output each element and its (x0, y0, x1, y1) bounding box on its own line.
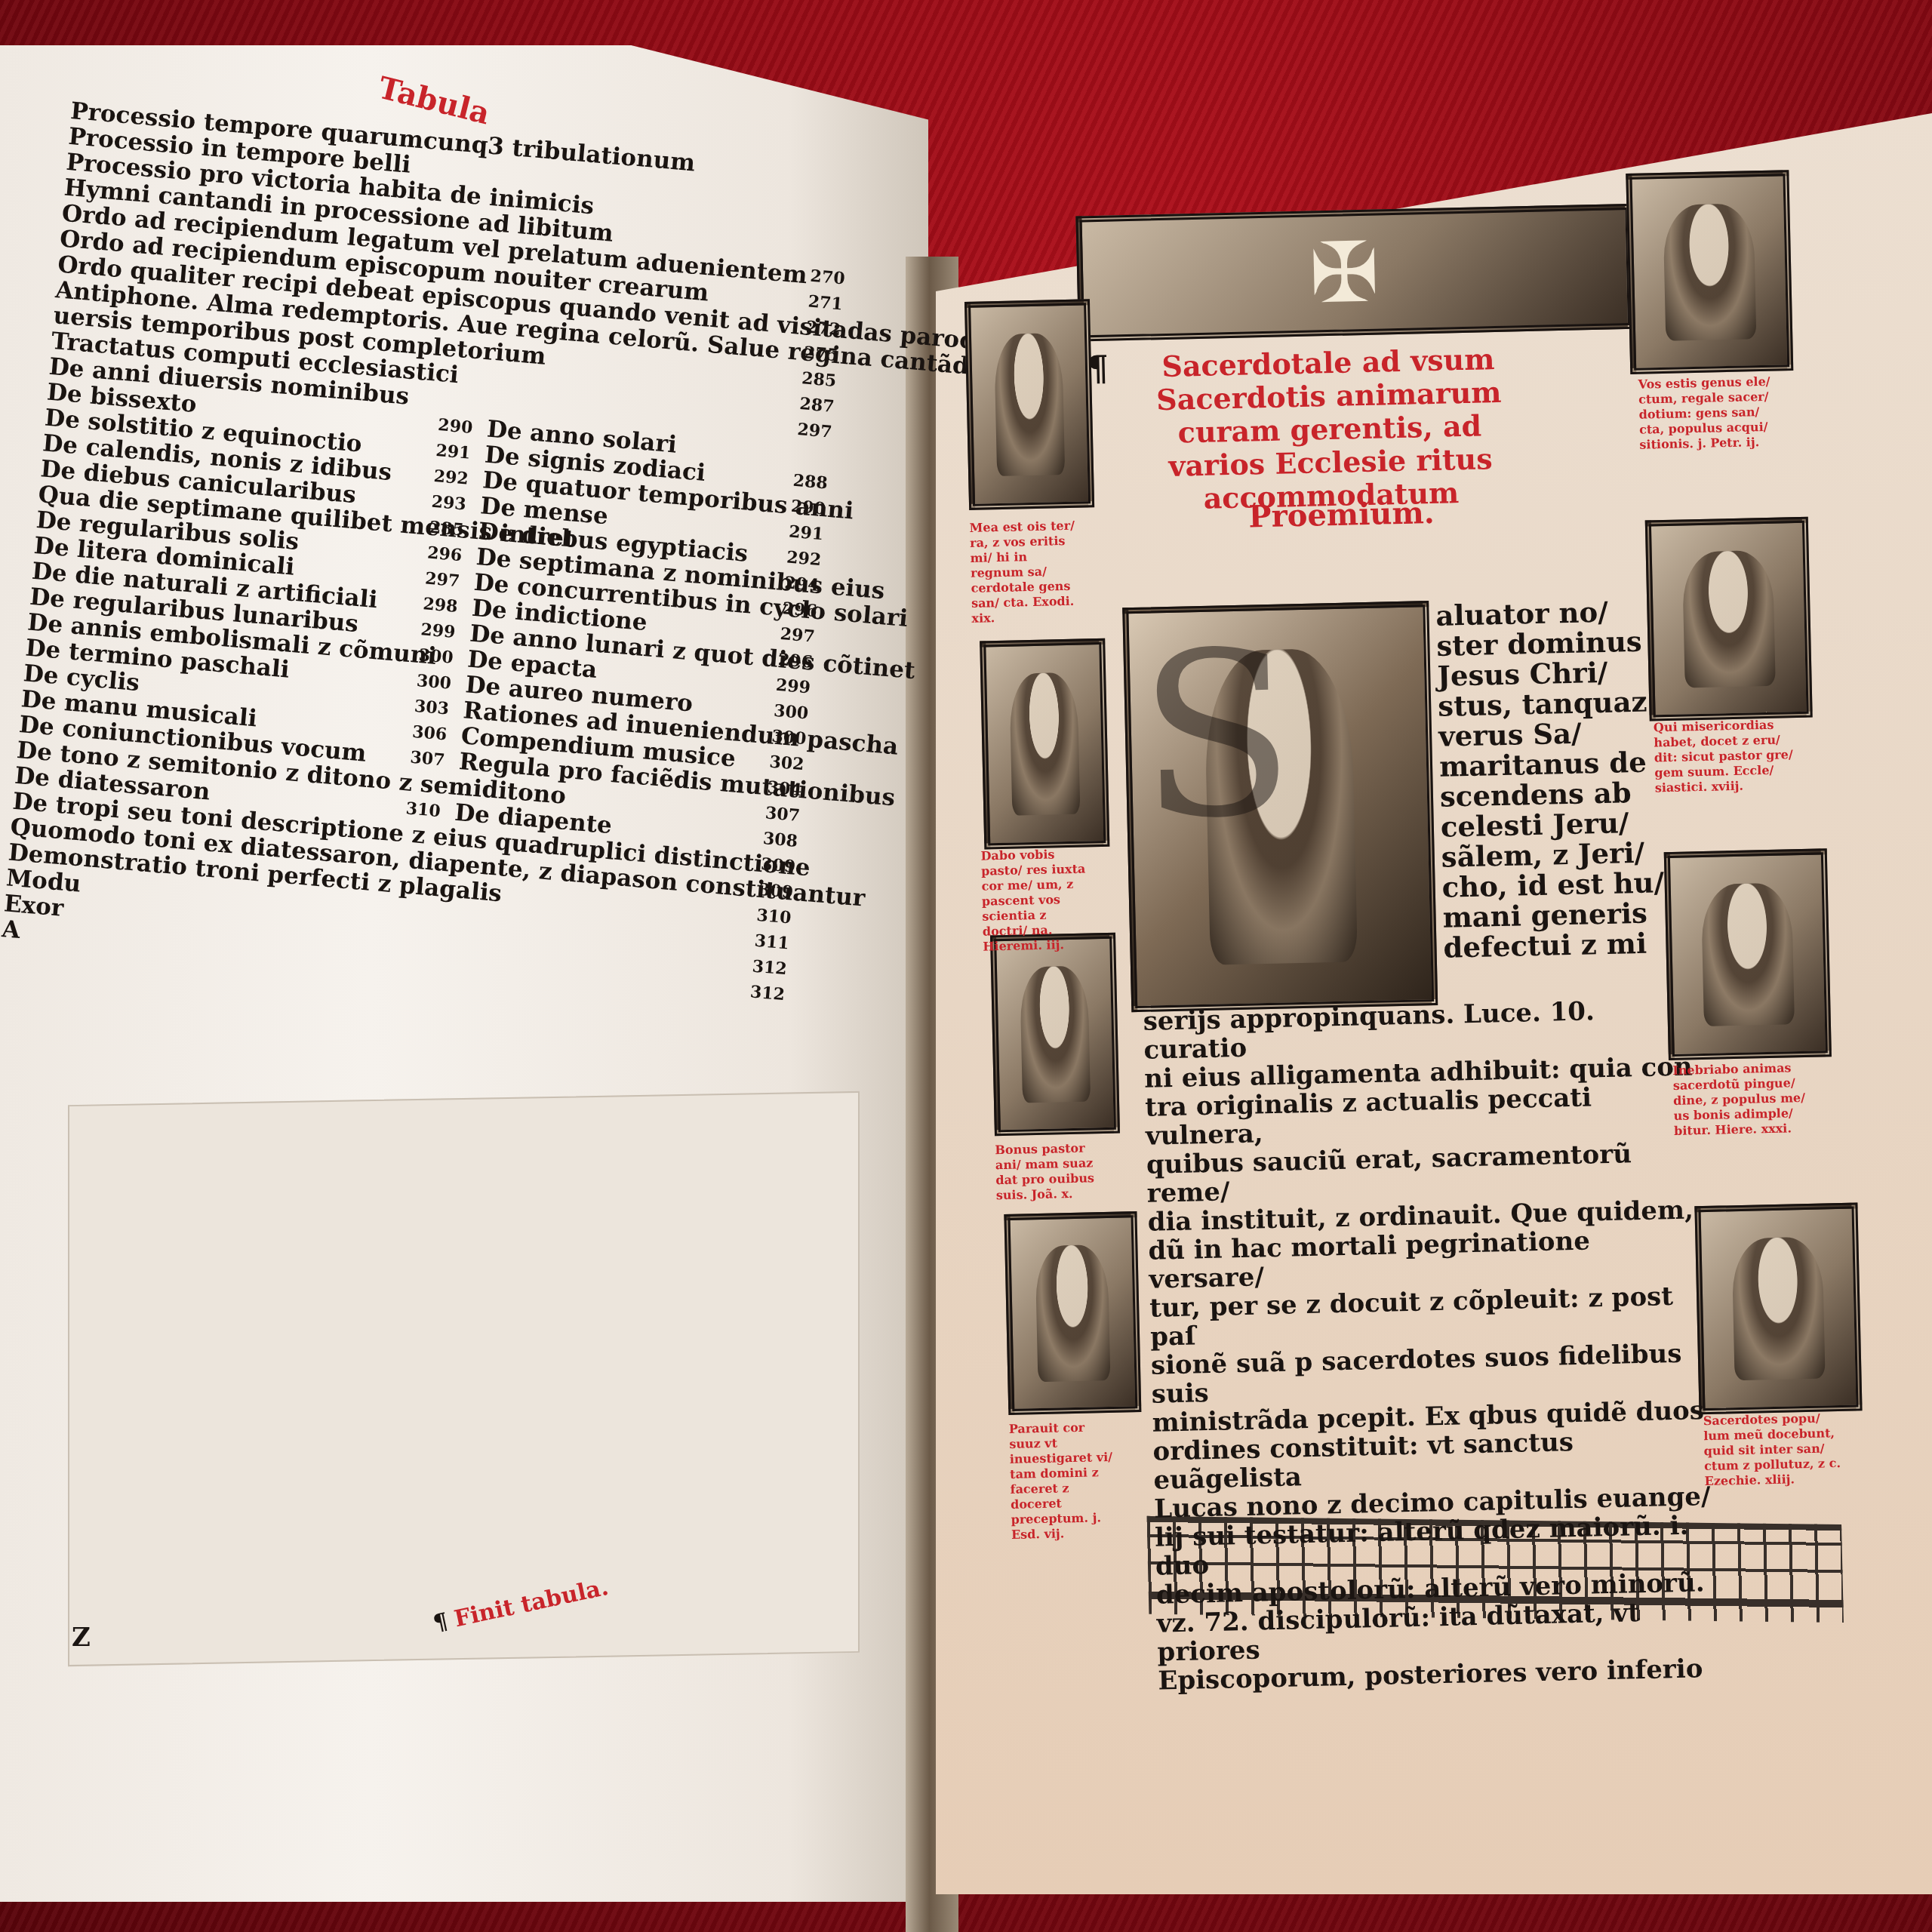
toc-page-number: 298 (422, 591, 459, 620)
woodcut-prophet-8 (1694, 1202, 1862, 1414)
toc-page-number: 285 (429, 515, 466, 543)
book-title: ¶ Sacerdotale ad vsum Sacerdotis animaru… (1124, 342, 1535, 517)
toc-page-number: 304 (766, 774, 803, 803)
toc-page-number: 291 (435, 438, 472, 466)
toc-page-number: 285 (801, 365, 838, 394)
toc-page-number: 312 (749, 979, 786, 1008)
toc-page-number: 300 (773, 698, 810, 727)
toc-page-number: 290 (790, 494, 827, 522)
toc-page-number: 292 (786, 544, 823, 573)
toc-page-number: 300 (771, 724, 808, 752)
open-book: Tabula Processio tempore quarumcunq3 tri… (0, 0, 1932, 1932)
pilcrow-mark: ¶ (1086, 352, 1109, 386)
toc-page-number: 297 (424, 565, 461, 594)
toc-page-number: 275 (803, 340, 840, 368)
margin-note-right-2: Qui misericordias habet, docet z eru/ di… (1654, 717, 1798, 795)
title-text: Sacerdotale ad vsum Sacerdotis animarum … (1156, 342, 1502, 515)
signature-mark: Z (72, 1623, 91, 1653)
woodcut-cornice-border (1147, 1516, 1844, 1623)
toc-page-number: 272 (805, 315, 842, 343)
body-line: cho, id est hu/ (1441, 867, 1684, 903)
sacerdotale-title-page: ✠ ¶ Sacerdotale ad vsum Sacerdotis anima… (962, 183, 1885, 1637)
woodcut-prophet-2 (1626, 170, 1793, 374)
woodcut-initial-christ: S (1122, 601, 1438, 1012)
toc-page-number: 307 (764, 800, 801, 829)
initial-letter: S (1136, 602, 1297, 869)
margin-note-right-3: Inebriabo animas sacerdotũ pingue/ dine,… (1672, 1060, 1817, 1139)
toc-page-number: 311 (753, 928, 790, 957)
toc-page-number: 270 (809, 263, 846, 292)
toc-page-number: 271 (807, 289, 844, 318)
toc-page-number: 309 (758, 877, 795, 906)
woodcut-prophet-1 (964, 299, 1094, 510)
toc-page-number: 300 (417, 642, 454, 671)
body-line: stus, tanquaz (1438, 686, 1680, 721)
toc-list: Processio tempore quarumcunq3 tribulatio… (1, 98, 846, 1007)
margin-note-right-4: Sacerdotes popu/ lum meũ docebunt, quid … (1703, 1411, 1848, 1489)
margin-note-left-3: Bonus pastor ani/ mam suaz dat pro ouibu… (995, 1140, 1102, 1203)
toc-page-number: 299 (775, 672, 812, 701)
toc-entry-text: A (1, 915, 21, 944)
woodcut-prophet-3 (980, 638, 1109, 850)
toc-page-number: 310 (755, 903, 792, 931)
woodcut-prophet-5 (990, 933, 1120, 1137)
woodcut-prophet-7 (1004, 1211, 1141, 1415)
toc-page-number: 292 (432, 463, 469, 492)
toc-page-number: 306 (411, 719, 448, 748)
toc-page-number: 299 (420, 617, 457, 645)
proemium-heading: Proemium. (1248, 495, 1435, 535)
toc-page-number: 296 (426, 540, 463, 569)
toc-page-number: 297 (779, 621, 816, 650)
toc-page-number: 296 (781, 595, 818, 624)
toc-page-number: 302 (768, 749, 805, 778)
body-line: maritanus de (1439, 746, 1681, 782)
toc-page-number: 308 (762, 826, 799, 854)
toc-page-number: 287 (798, 391, 835, 420)
pasted-paper-patch (68, 1091, 860, 1666)
body-line: defectui z mi (1443, 928, 1685, 963)
toc-page-number: 300 (416, 668, 453, 697)
toc-page-number: 296 (777, 647, 814, 675)
toc-page-number: 312 (751, 954, 788, 983)
body-line: ster dominus (1436, 626, 1678, 661)
toc-page-number: 294 (783, 570, 820, 598)
cross-icon: ✠ (1309, 216, 1381, 331)
toc-page-number: 290 (437, 412, 474, 441)
toc-page-number: 309 (760, 851, 797, 880)
toc-page-number: 291 (788, 519, 825, 548)
toc-page-number: 293 (431, 489, 468, 518)
toc-page-number: 303 (414, 694, 451, 722)
margin-note-right-1: Vos estis genus ele/ ctum, regale sacer/… (1638, 374, 1775, 453)
body-text-column: aluator no/ster dominusJesus Chri/stus, … (1435, 595, 1685, 963)
toc-page-number: 310 (405, 795, 441, 824)
toc-page-number: 288 (792, 468, 829, 497)
toc-page-number: 307 (409, 745, 446, 774)
woodcut-angels-banner: ✠ (1075, 204, 1634, 342)
margin-note-left-2: Dabo vobis pasto/ res iuxta cor me/ um, … (980, 846, 1088, 954)
margin-note-left-4: Parauit cor suuz vt inuestigaret vi/ tam… (1009, 1420, 1118, 1543)
margin-note-left-1: Mea est ois ter/ ra, z vos eritis mi/ hi… (970, 518, 1078, 626)
toc-page-number: 297 (796, 417, 833, 445)
